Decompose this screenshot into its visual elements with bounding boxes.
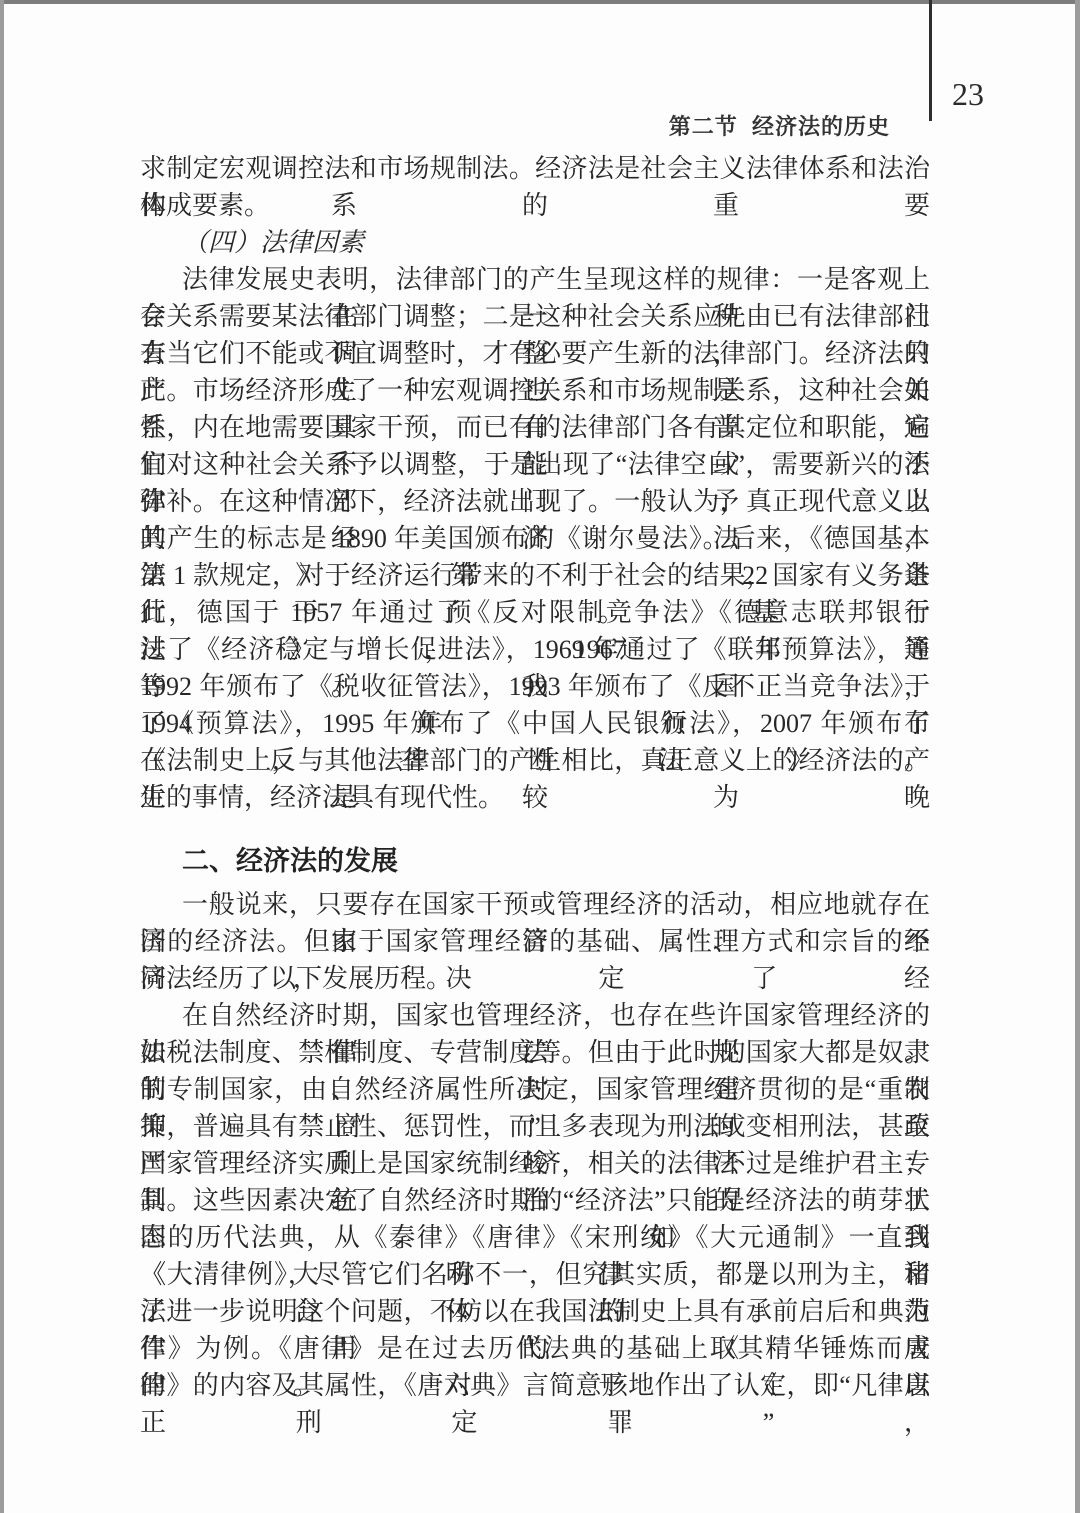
text-line: 有当它们不能或不宜调整时，才有必要产生新的法律部门。经济法的产生也是如 xyxy=(140,335,930,372)
page-right-border xyxy=(1075,0,1080,1513)
text-line: 会关系需要某法律部门调整；二是这种社会关系应先由已有法律部门去调整，只 xyxy=(140,298,930,335)
text-line: 在自然经济时期，国家也管理经济，也存在些许国家管理经济的法律法规。 xyxy=(140,997,930,1034)
text-line: 第 1 款规定，对于经济运行带来的不利于社会的结果，国家有义务进行干预。基于 xyxy=(140,557,930,594)
book-page: 第二节 经济法的历史 23 求制定宏观调控法和市场规制法。经济法是社会主义法律体… xyxy=(0,0,1080,1513)
page-left-border xyxy=(0,0,4,1513)
header-divider-line xyxy=(929,0,932,121)
text-line: 策，普遍具有禁止性、惩罚性，而且多表现为刑法或变相刑法，甚至严刑峻法； xyxy=(140,1108,930,1145)
text-line: 如税法制度、禁榷制度、专营制度等。但由于此时的国家大都是奴隶制、封建制 xyxy=(140,1034,930,1071)
text-line: 法律发展史表明，法律部门的产生呈现这样的规律：一是客观上存在一种社 xyxy=(140,261,930,298)
text-line: 此，德国于 1957 年通过了《反对限制竞争法》《德意志联邦银行法》，1967 … xyxy=(140,594,930,631)
page-top-border xyxy=(0,0,1080,4)
text-line: 的专制国家，由自然经济属性所决定，国家管理经济贯彻的是“重农抑商”的政 xyxy=(140,1071,930,1108)
text-line: 具。这些因素决定了自然经济时期的“经济法”只能是经济法的萌芽状态。如我 xyxy=(140,1182,930,1219)
text-line: 律》的内容及其属性，《唐六典》言简意赅地作出了认定，即“凡律以正刑定罪”， xyxy=(140,1367,930,1404)
text-line: 国家管理经济实质上是国家统制经济，相关的法律不过是维护君主专制统治的工 xyxy=(140,1145,930,1182)
body-text: 求制定宏观调控法和市场规制法。经济法是社会主义法律体系和法治体系的重要构成要素。… xyxy=(140,150,930,1404)
page-number: 23 xyxy=(952,76,1012,113)
text-line: 律》为例。《唐律》是在过去历代法典的基础上取其精华锤炼而成的。对于《唐 xyxy=(140,1330,930,1367)
section-title: 第二节 经济法的历史 xyxy=(669,114,890,139)
text-line: 求制定宏观调控法和市场规制法。经济法是社会主义法律体系和法治体系的重要 xyxy=(140,150,930,187)
text-line: 其产生的标志是 1890 年美国颁布的《谢尔曼法》。后来，《德国基本法》第 22… xyxy=(140,520,930,557)
text-line: 宜对这种社会关系予以调整，于是出现了“法律空白”，需要新兴的法律部门予以 xyxy=(140,446,930,483)
text-line: 了《预算法》，1995 年颁布了《中国人民银行法》，2007 年颁布了《反垄断法… xyxy=(140,705,930,742)
section-heading-development: 二、经济法的发展 xyxy=(140,843,930,880)
text-line: 了进一步说明这个问题，不妨以在我国法制史上具有承前启后和典范作用的《唐 xyxy=(140,1293,930,1330)
text-line: 过了《经济稳定与增长促进法》，1969 年通过了《联邦预算法》，等等。我国于 xyxy=(140,631,930,668)
text-line: 济的经济法。但由于国家管理经济的基础、属性、方式和宗旨的不同，决定了经 xyxy=(140,923,930,960)
text-line: 一般说来，只要存在国家干预或管理经济的活动，相应地就存在国家管理经 xyxy=(140,886,930,923)
text-line: 弥补。在这种情况下，经济法就出现了。一般认为，真正现代意义上的经济法， xyxy=(140,483,930,520)
text-line: 《大清律例》，尽管它们名称不一，但究其实质，都是以刑为主，诸法合体的。为 xyxy=(140,1256,930,1293)
text-line: 1992 年颁布了《税收征管法》，1993 年颁布了《反不正当竞争法》，1994… xyxy=(140,668,930,705)
text-line: 此。市场经济形成了一种宏观调控关系和市场规制关系，这种社会关系具有普遍 xyxy=(140,372,930,409)
text-line: 国的历代法典，从《秦律》《唐律》《宋刑统》《大元通制》一直到《大明律》和 xyxy=(140,1219,930,1256)
subheading-legal-factors: （四）法律因素 xyxy=(140,224,930,261)
text-line: 在法制史上，与其他法律部门的产生相比，真正意义上的经济法的产生是较为晚 xyxy=(140,742,930,779)
text-line: 性，内在地需要国家干预，而已有的法律部门各有其定位和职能，它们不能或不 xyxy=(140,409,930,446)
